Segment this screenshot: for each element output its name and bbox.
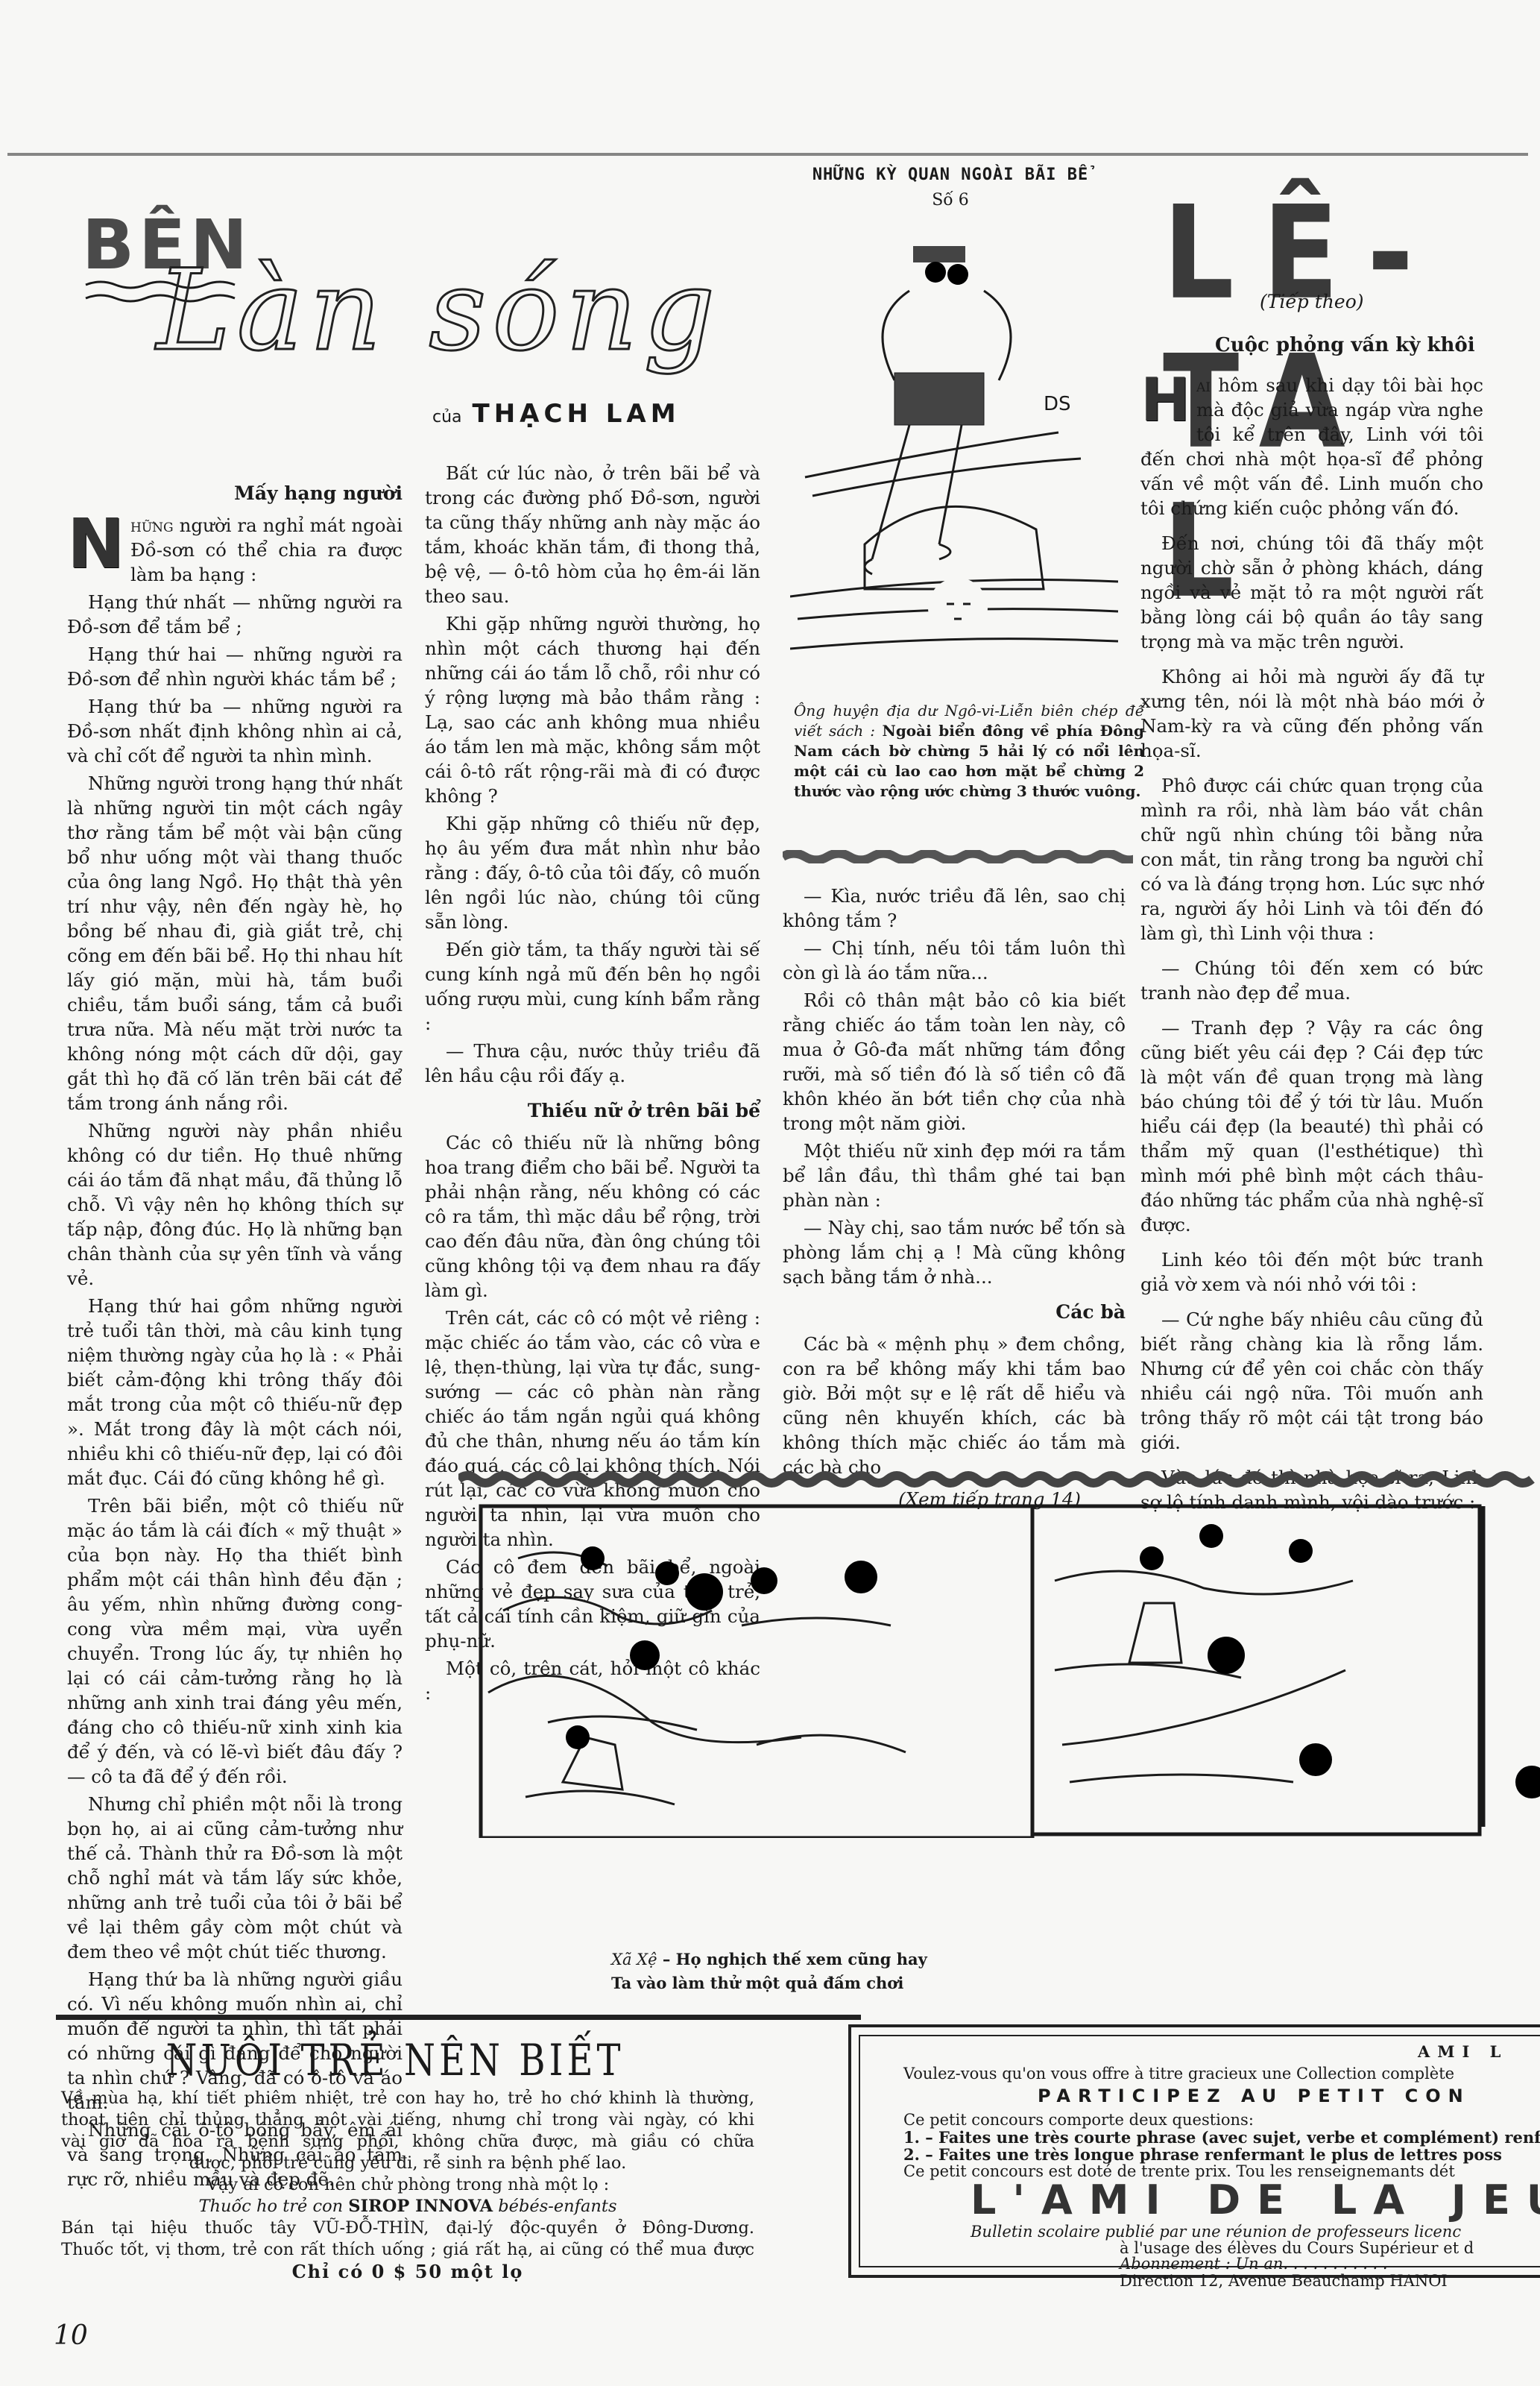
paragraph: Các bà « mệnh phụ » đem chồng, con ra bể…	[783, 1332, 1126, 1479]
paragraph: Hạng thứ ba — những người ra Đồ-sơn nhất…	[67, 694, 403, 768]
paragraph: — Tranh đẹp ? Vậy ra các ông cũng biết y…	[1140, 1016, 1483, 1237]
paragraph: Rồi cô thân mật bảo cô kia biết rằng chi…	[783, 988, 1126, 1136]
product-name: SIROP INNOVA	[348, 2197, 493, 2216]
drop-cap: H	[1140, 376, 1190, 425]
paragraph: Đến giờ tắm, ta thấy người tài sế cung k…	[425, 937, 760, 1036]
byline-prefix: của	[432, 408, 462, 426]
price: Chỉ có 0 $ 50 một lọ	[61, 2261, 754, 2282]
comic-wave-border-icon	[458, 1470, 1540, 1488]
paragraph: — Kìa, nước triều đã lên, sao chị không …	[783, 884, 1126, 933]
ad-divider	[56, 2015, 861, 2020]
article-title-script: Làn sóng	[157, 246, 721, 376]
paragraph: Phô được cái chức quan trọng của mình ra…	[1140, 773, 1483, 945]
ad-lami-de-la-jeunesse: AMI L Voulez-vous qu'on vous offre à tit…	[848, 2024, 1540, 2278]
paragraph: Những người trong hạng thứ nhất là những…	[67, 771, 403, 1115]
ad-title: NUÔI TRẺ NÊN BIẾT	[142, 2036, 648, 2086]
column-3: — Kìa, nước triều đã lên, sao chị không …	[783, 884, 1126, 1511]
paragraph: Khi gặp những người thường, họ nhìn một …	[425, 611, 760, 808]
wave-divider-icon	[783, 850, 1133, 863]
paragraph: — Chị tính, nếu tôi tắm luôn thì còn gì …	[783, 936, 1126, 985]
paragraph: — Cứ nghe bấy nhiêu câu cũng đủ biết rằn…	[1140, 1307, 1483, 1455]
paragraph: Trên bãi biển, một cô thiếu nữ mặc áo tắ…	[67, 1493, 403, 1789]
column-1: Mấy hạng người Những người ra nghỉ mát n…	[67, 481, 403, 2194]
column-4: Hai hôm sau khi dạy tôi bài học mà độc g…	[1140, 373, 1483, 1517]
artist-signature: DS	[1044, 393, 1071, 415]
paragraph: — Thưa cậu, nước thủy triều đã lên hầu c…	[425, 1039, 760, 1088]
paragraph: Khi gặp những cô thiếu nữ đẹp, họ âu yếm…	[425, 811, 760, 934]
series-title: NHỮNG KỲ QUAN NGOÀI BÃI BỂ	[775, 166, 1126, 184]
paragraph: Đến nơi, chúng tôi đã thấy một người chờ…	[1140, 531, 1483, 654]
ad-body-sirop-innova: Về mùa hạ, khí tiết phiêm nhiệt, trẻ con…	[61, 2088, 754, 2282]
paragraph: — Này chị, sao tắm nước bể tốn sà phòng …	[783, 1215, 1126, 1289]
continued-label: (Tiếp theo)	[1260, 291, 1364, 312]
paragraph: — Chúng tôi đến xem có bức tranh nào đẹp…	[1140, 956, 1483, 1005]
paragraph: Những người ra nghỉ mát ngoài Đồ-sơn có …	[67, 513, 403, 587]
paragraph: Hai hôm sau khi dạy tôi bài học mà độc g…	[1140, 373, 1483, 520]
section-heading-cac-ba: Các bà	[783, 1300, 1126, 1324]
paragraph: Không ai hỏi mà người ấy đã tự xưng tên,…	[1140, 664, 1483, 763]
cartoon-illustration-icon: DS	[790, 231, 1133, 693]
right-article-heading: Cuộc phỏng vấn kỳ khôi	[1215, 334, 1475, 356]
paragraph: Linh kéo tôi đến một bức tranh giả vờ xe…	[1140, 1247, 1483, 1297]
issue-number: Số 6	[775, 191, 1126, 210]
paragraph: Các cô thiếu nữ là những bông hoa trang …	[425, 1130, 760, 1303]
paragraph: Hạng thứ hai gồm những người trẻ tuổi tâ…	[67, 1294, 403, 1491]
author-name: THẠCH LAM	[473, 399, 681, 429]
section-heading-may-hang-nguoi: Mấy hạng người	[67, 481, 403, 506]
paragraph: Bất cứ lúc nào, ở trên bãi bể và trong c…	[425, 461, 760, 608]
comic-caption: Xã Xệ – Họ nghịch thế xem cũng hay Ta và…	[611, 1948, 927, 1995]
paragraph: Hạng thứ hai — những người ra Đồ-sơn để …	[67, 642, 403, 691]
illustration-caption: Ông huyện địa dư Ngô-vi-Liễn biên chép đ…	[794, 701, 1144, 802]
brand-title: L'AMI DE LA JEU	[971, 2176, 1540, 2223]
byline: củaTHẠCH LAM	[432, 399, 681, 429]
page-number: 10	[54, 2320, 88, 2351]
paragraph: Những người này phần nhiều không có dư t…	[67, 1118, 403, 1291]
drop-cap: N	[67, 516, 124, 573]
paragraph: Nhưng chỉ phiền một nỗi là trong bọn họ,…	[67, 1792, 403, 1964]
section-heading-thieu-nu: Thiếu nữ ở trên bãi bể	[425, 1098, 760, 1123]
top-rule	[7, 153, 1528, 156]
comic-strip-swimmers-icon	[458, 1499, 1540, 1838]
paragraph: Hạng thứ nhất — những người ra Đồ-sơn để…	[67, 590, 403, 639]
paragraph: Một thiếu nữ xinh đẹp mới ra tắm bể lần …	[783, 1139, 1126, 1212]
